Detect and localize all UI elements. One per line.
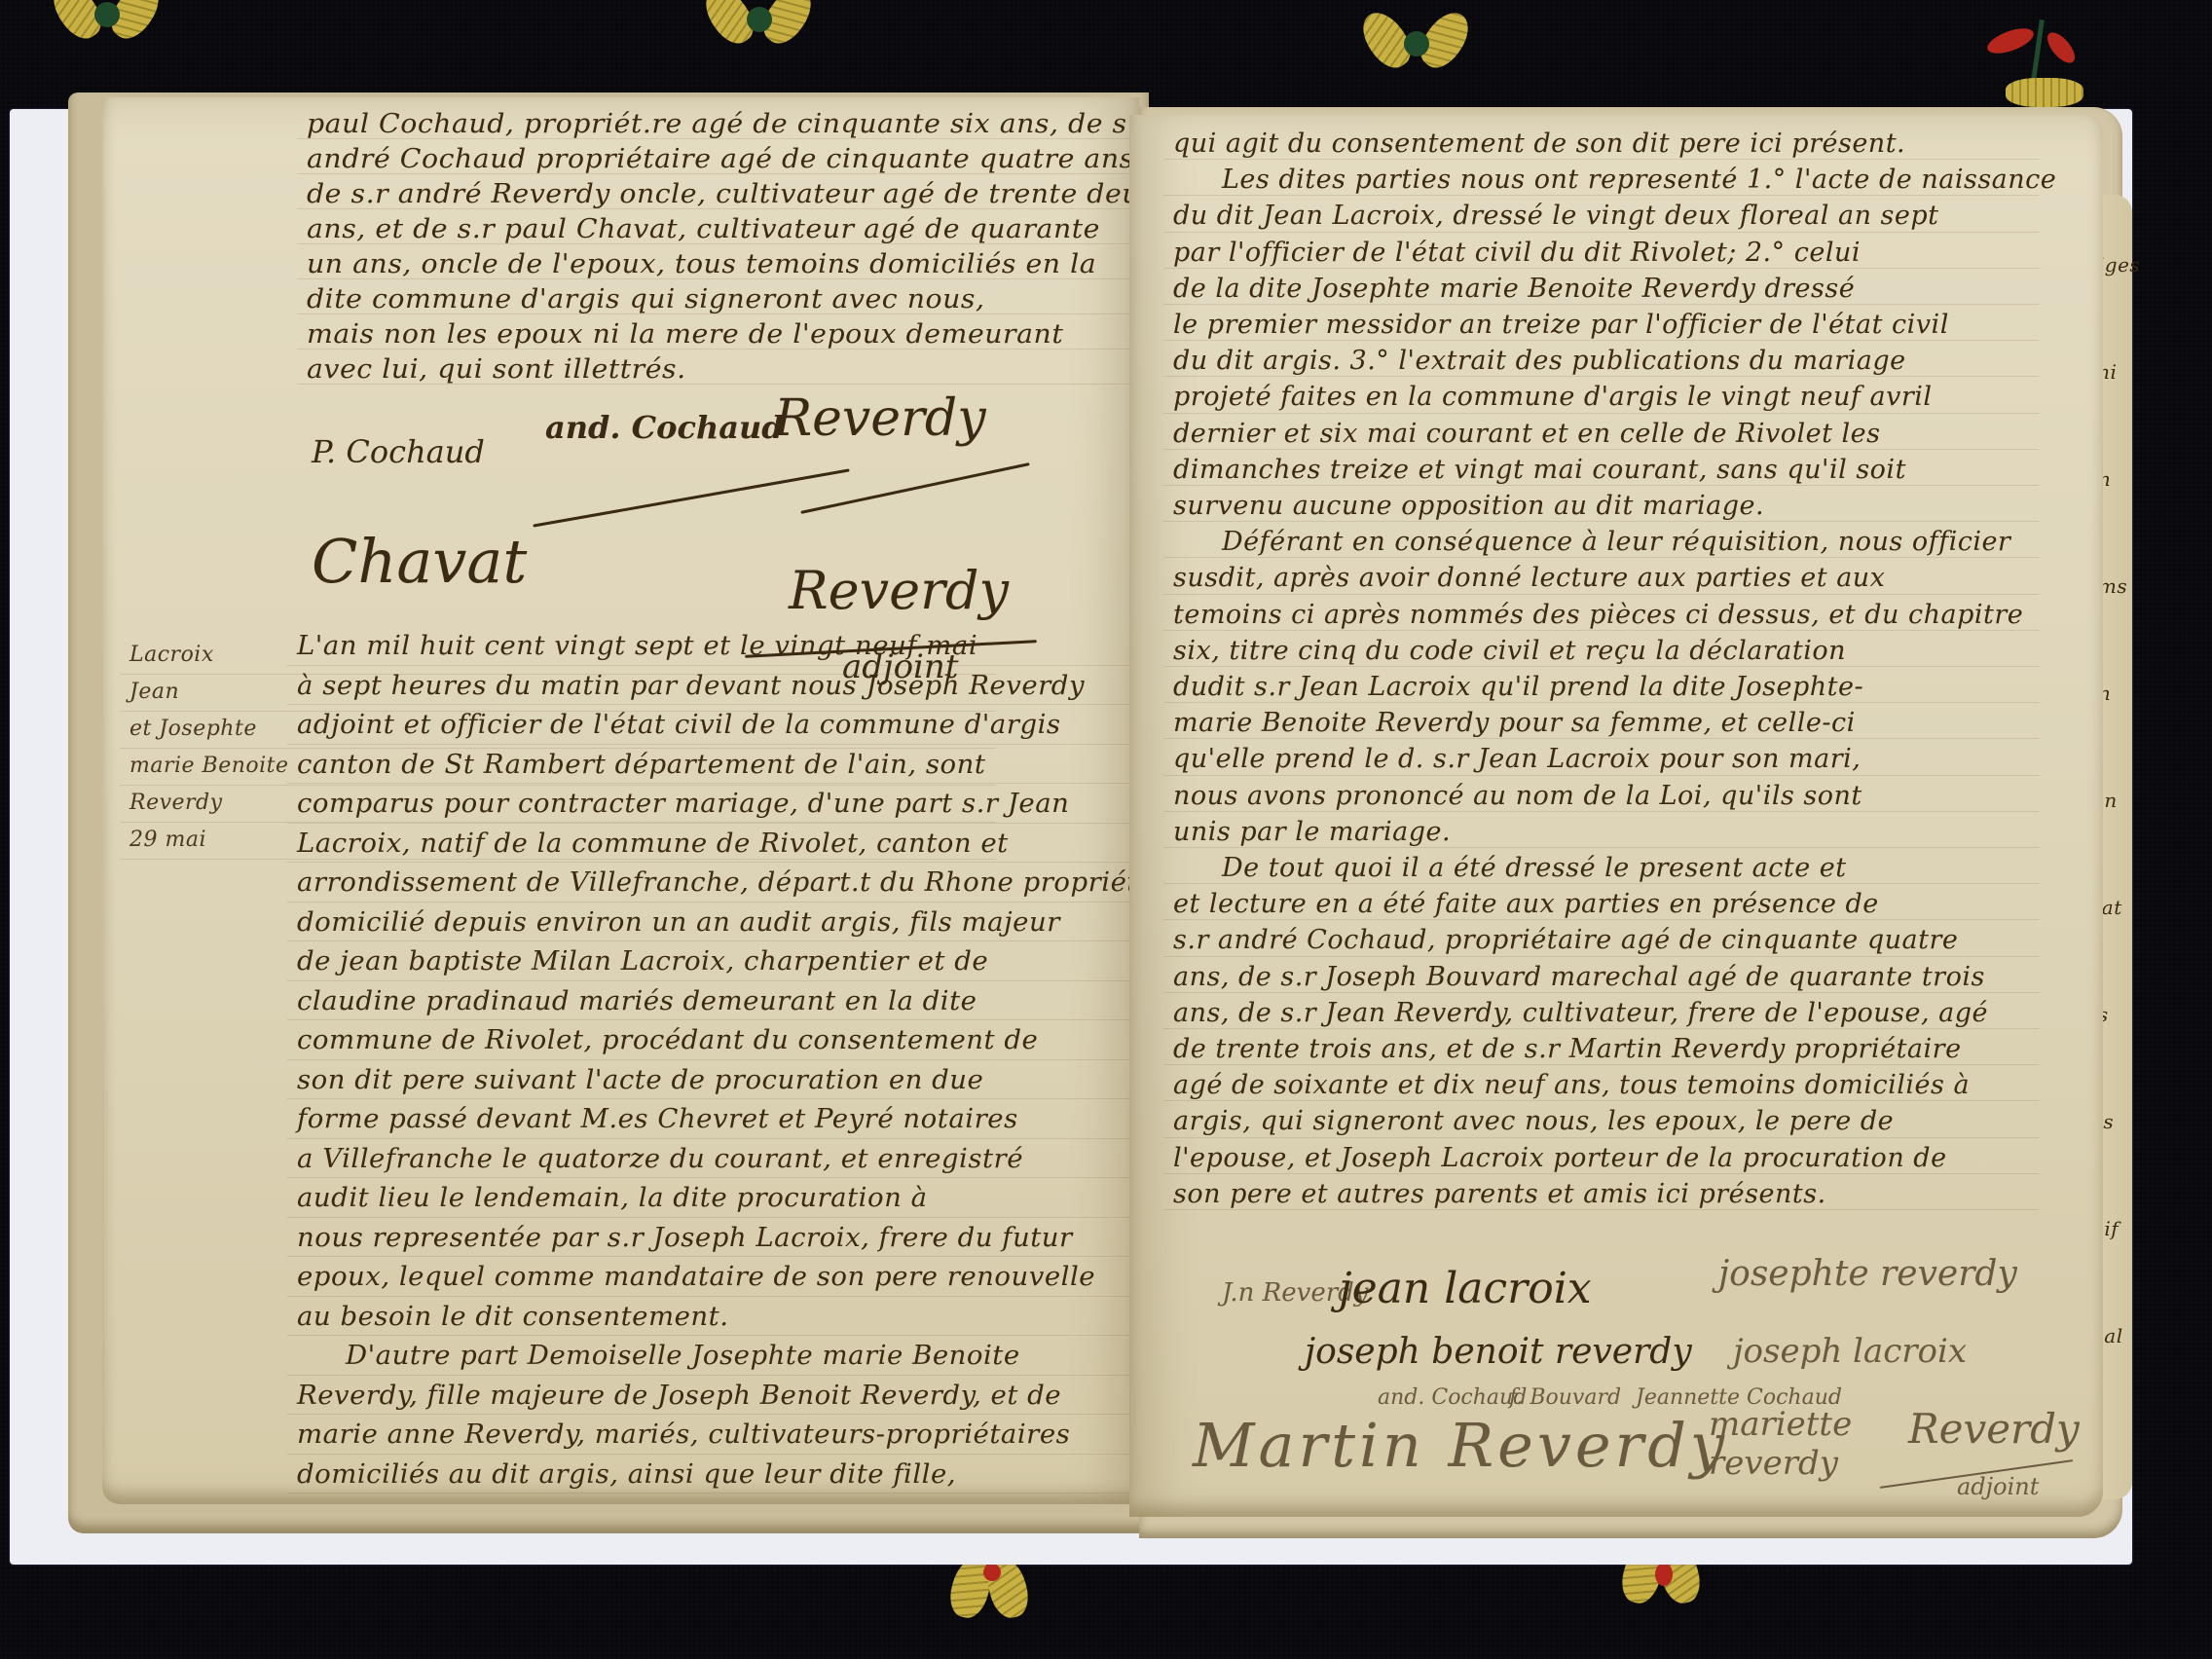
ruled-line: [1163, 1064, 2040, 1065]
handwritten-line: son dit pere suivant l'acte de procurati…: [297, 1065, 983, 1095]
signature-andre-cochaud: and. Cochaud: [545, 409, 784, 446]
ruled-line: [1163, 413, 2040, 414]
handwritten-line: avec lui, qui sont illettrés.: [307, 354, 686, 385]
ruled-line: [1163, 1137, 2040, 1138]
handwritten-line: à sept heures du matin par devant nous J…: [297, 671, 1085, 701]
ruled-line: [287, 1217, 1154, 1218]
handwritten-line: survenu aucune opposition au dit mariage…: [1173, 491, 1764, 521]
ruled-line: [287, 1335, 1154, 1336]
handwritten-line: qui agit du consentement de son dit pere…: [1173, 129, 1905, 159]
embroidered-flower-bottom-center: [935, 1558, 1051, 1659]
ruled-line: [287, 704, 1154, 705]
ruled-line: [1163, 232, 2040, 233]
handwritten-line: Les dites parties nous ont representé 1.…: [1222, 165, 2056, 195]
ruled-line: [287, 744, 1154, 745]
signature-mariette-reverdy: reverdy: [1709, 1444, 1838, 1483]
ruled-line: [287, 862, 1154, 863]
handwritten-line: du dit argis. 3.° l'extrait des publicat…: [1173, 346, 1906, 376]
embroidered-flower-top-center: [701, 0, 818, 73]
ruled-line: [1163, 1209, 2040, 1210]
handwritten-line: Reverdy, fille majeure de Joseph Benoit …: [297, 1381, 1061, 1411]
embroidered-flower-top-right: [1358, 0, 1475, 97]
signature-reverdy-adjoint: Reverdy: [789, 560, 1009, 621]
handwritten-line: audit lieu le lendemain, la dite procura…: [297, 1183, 928, 1213]
handwritten-line: ans, de s.r Joseph Bouvard marechal agé …: [1173, 962, 1985, 992]
handwritten-line: l'epouse, et Joseph Lacroix porteur de l…: [1173, 1143, 1947, 1173]
ruled-line: [1163, 1173, 2040, 1174]
signature-f-bouvard: f. Bouvard: [1509, 1385, 1621, 1410]
handwritten-line: a Villefranche le quatorze du courant, e…: [297, 1144, 1023, 1174]
ruled-line: [1163, 521, 2040, 522]
ruled-line: [1163, 956, 2040, 957]
ruled-line: [1163, 304, 2040, 305]
handwritten-line: du dit Jean Lacroix, dressé le vingt deu…: [1173, 201, 1939, 231]
ruled-line: [1163, 919, 2040, 920]
signature-jean-lacroix: jean lacroix: [1339, 1264, 1592, 1313]
ruled-line: [1163, 376, 2040, 377]
ruled-line: [287, 1414, 1154, 1415]
handwritten-line: Lacroix, natif de la commune de Rivolet,…: [297, 829, 1009, 859]
margin-note-line: 29 mai: [129, 828, 206, 852]
register-page-left: paul Cochaud, propriét.re agé de cinquan…: [102, 97, 1139, 1504]
ruled-line: [287, 665, 1154, 666]
handwritten-line: de la dite Josephte marie Benoite Reverd…: [1173, 274, 1855, 304]
ruled-line: [120, 859, 996, 860]
handwritten-line: dernier et six mai courant et en celle d…: [1173, 419, 1881, 449]
handwritten-line: epoux, lequel comme mandataire de son pe…: [297, 1262, 1095, 1292]
handwritten-line: arrondissement de Villefranche, départ.t…: [297, 867, 1194, 898]
handwritten-line: marie anne Reverdy, mariés, cultivateurs…: [297, 1419, 1070, 1450]
ruled-line: [287, 1059, 1154, 1060]
handwritten-line: de trente trois ans, et de s.r Martin Re…: [1173, 1034, 1962, 1064]
ruled-line: [287, 1493, 1154, 1493]
handwritten-line: forme passé devant M.es Chevret et Peyré…: [297, 1104, 1018, 1134]
handwritten-line: un ans, oncle de l'epoux, tous temoins d…: [307, 249, 1096, 279]
ruled-line: [1163, 666, 2040, 667]
handwritten-line: de s.r andré Reverdy oncle, cultivateur …: [307, 179, 1157, 209]
ruled-line: [1163, 557, 2040, 558]
handwritten-line: projeté faites en la commune d'argis le …: [1173, 382, 1933, 412]
ruled-line: [1163, 195, 2040, 196]
handwritten-line: s.r andré Cochaud, propriétaire agé de c…: [1173, 925, 1958, 955]
ruled-line: [1163, 340, 2040, 341]
ruled-line: [287, 1454, 1154, 1455]
ruled-line: [1163, 1028, 2040, 1029]
ruled-line: [1163, 449, 2040, 450]
handwritten-line: comparus pour contracter mariage, d'une …: [297, 789, 1069, 819]
signature-and-cochaud: and. Cochaud: [1378, 1385, 1527, 1410]
ruled-line: [1163, 775, 2040, 776]
margin-note-line: et Josephte: [129, 717, 257, 741]
ruled-line: [1163, 811, 2040, 812]
ruled-line: [1163, 883, 2040, 884]
signature-mariette: mariette: [1709, 1405, 1852, 1444]
ruled-line: [1163, 1100, 2040, 1101]
ruled-line: [1163, 630, 2040, 631]
ruled-line: [1163, 992, 2040, 993]
handwritten-line: adjoint et officier de l'état civil de l…: [297, 710, 1061, 740]
ruled-line: [287, 823, 1154, 824]
register-page-right: qui agit du consentement de son dit pere…: [1129, 115, 2103, 1517]
ruled-line: [1163, 159, 2040, 160]
handwritten-line: agé de soixante et dix neuf ans, tous te…: [1173, 1070, 1970, 1100]
ruled-line: [287, 1019, 1154, 1020]
signature-flourish: [533, 468, 850, 527]
handwritten-line: au besoin le dit consentement.: [297, 1302, 729, 1332]
signature-p-cochaud: P. Cochaud: [312, 433, 485, 470]
signature-josephte-reverdy: josephte reverdy: [1718, 1254, 2017, 1294]
handwritten-line: temoins ci après nommés des pièces ci de…: [1173, 600, 2023, 630]
handwritten-line: ans, de s.r Jean Reverdy, cultivateur, f…: [1173, 998, 1988, 1028]
handwritten-line: le premier messidor an treize par l'offi…: [1173, 310, 1949, 340]
margin-note-line: Lacroix: [129, 643, 214, 667]
signature-joseph-lacroix: joseph lacroix: [1733, 1332, 1967, 1371]
handwritten-line: domiciliés au dit argis, ainsi que leur …: [297, 1459, 956, 1490]
handwritten-line: de jean baptiste Milan Lacroix, charpent…: [297, 946, 988, 977]
handwritten-line: marie Benoite Reverdy pour sa femme, et …: [1173, 708, 1856, 738]
handwritten-line: mais non les epoux ni la mere de l'epoux…: [307, 319, 1063, 350]
ruled-line: [287, 980, 1154, 981]
handwritten-line: nous avons prononcé au nom de la Loi, qu…: [1173, 781, 1862, 811]
handwritten-line: andré Cochaud propriétaire agé de cinqua…: [307, 144, 1134, 174]
handwritten-line: Déférant en conséquence à leur réquisiti…: [1222, 527, 2010, 557]
ruled-line: [287, 783, 1154, 784]
handwritten-line: D'autre part Demoiselle Josephte marie B…: [346, 1341, 1020, 1371]
ruled-line: [1163, 485, 2040, 486]
handwritten-line: qu'elle prend le d. s.r Jean Lacroix pou…: [1173, 744, 1861, 774]
ruled-line: [1163, 847, 2040, 848]
handwritten-line: domicilié depuis environ un an audit arg…: [297, 907, 1060, 938]
ruled-line: [287, 902, 1154, 903]
ruled-line: [287, 1177, 1154, 1178]
ruled-line: [287, 1296, 1154, 1297]
ruled-line: [1163, 268, 2040, 269]
signature-adjoint-title-right: adjoint: [1957, 1473, 2039, 1500]
handwritten-line: six, titre cinq du code civil et reçu la…: [1173, 636, 1846, 666]
signature-martin-reverdy: Martin Reverdy: [1193, 1410, 1728, 1481]
margin-note-line: Reverdy: [129, 791, 223, 815]
handwritten-line: dite commune d'argis qui signeront avec …: [307, 284, 985, 314]
ruled-line: [1163, 738, 2040, 739]
ruled-line: [120, 785, 996, 786]
ruled-line: [287, 1256, 1154, 1257]
signature-reverdy-adjoint-right: Reverdy: [1908, 1405, 2080, 1453]
signature-joseph-benoit-reverdy: joseph benoit reverdy: [1305, 1332, 1692, 1372]
handwritten-line: argis, qui signeront avec nous, les epou…: [1173, 1106, 1894, 1136]
ruled-line: [287, 1375, 1154, 1376]
ruled-line: [287, 1138, 1154, 1139]
margin-note-line: Jean: [129, 680, 179, 704]
handwritten-line: nous representée par s.r Joseph Lacroix,…: [297, 1223, 1073, 1253]
margin-note-line: marie Benoite: [129, 754, 289, 778]
handwritten-line: dudit s.r Jean Lacroix qu'il prend la di…: [1173, 672, 1863, 702]
handwritten-line: commune de Rivolet, procédant du consent…: [297, 1025, 1038, 1055]
handwritten-line: susdit, après avoir donné lecture aux pa…: [1173, 563, 1885, 593]
handwritten-line: canton de St Rambert département de l'ai…: [297, 750, 985, 780]
handwritten-line: unis par le mariage.: [1173, 817, 1451, 847]
embroidered-flower-top-left: [49, 0, 166, 68]
handwritten-line: paul Cochaud, propriét.re agé de cinquan…: [307, 109, 1150, 139]
ruled-line: [287, 940, 1154, 941]
ruled-line: [1163, 702, 2040, 703]
handwritten-line: et lecture en a été faite aux parties en…: [1173, 889, 1879, 919]
ruled-line: [287, 1098, 1154, 1099]
ruled-line: [1163, 594, 2040, 595]
handwritten-line: L'an mil huit cent vingt sept et le ving…: [297, 631, 977, 661]
handwritten-line: claudine pradinaud mariés demeurant en l…: [297, 986, 977, 1016]
handwritten-line: dimanches treize et vingt mai courant, s…: [1173, 455, 1906, 485]
handwritten-line: De tout quoi il a été dressé le present …: [1222, 853, 1847, 883]
handwritten-line: son pere et autres parents et amis ici p…: [1173, 1179, 1826, 1209]
signature-reverdy-witness: Reverdy: [774, 389, 986, 448]
handwritten-line: ans, et de s.r paul Chavat, cultivateur …: [307, 214, 1100, 244]
embroidered-berry-sprig: [1986, 10, 2093, 107]
signature-chavat: Chavat: [312, 526, 527, 597]
handwritten-line: par l'officier de l'état civil du dit Ri…: [1173, 238, 1861, 268]
